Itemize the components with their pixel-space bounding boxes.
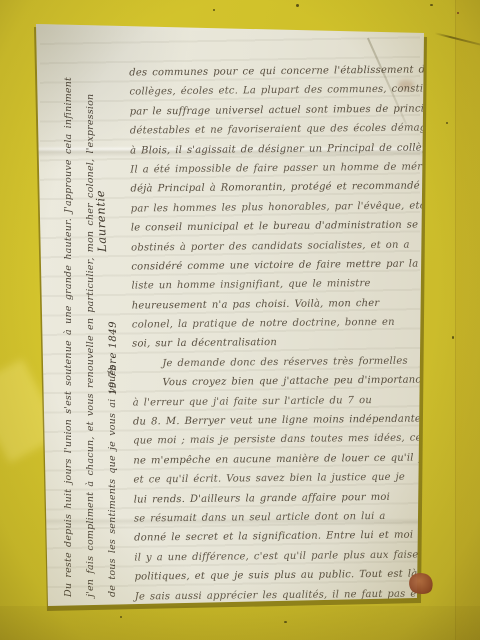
backdrop-bottom-shade — [0, 606, 480, 640]
margin-line: j'en fais compliment à chacun, et vous r… — [80, 22, 102, 597]
margin-line: de tous les sentiments que je vous ai vo… — [102, 22, 124, 597]
margin-note: Du reste depuis huit jours l'union s'est… — [58, 22, 130, 597]
speck — [457, 12, 459, 14]
speck — [120, 616, 122, 618]
letter-body: des communes pour ce qui concerne l'étab… — [129, 60, 427, 606]
photo-background: des communes pour ce qui concerne l'étab… — [0, 0, 480, 640]
date-stamp: 19 7bre 1849 — [108, 321, 119, 395]
speck — [446, 122, 448, 124]
backdrop-fold-band — [455, 0, 480, 640]
margin-line: Du reste depuis huit jours l'union s'est… — [58, 22, 80, 597]
speck — [284, 621, 287, 623]
signature: Laurentie — [93, 190, 109, 253]
speck — [296, 4, 299, 7]
speck — [213, 9, 215, 11]
speck — [430, 4, 433, 6]
speck — [452, 336, 454, 339]
letter-paper: des communes pour ce qui concerne l'étab… — [0, 0, 480, 640]
